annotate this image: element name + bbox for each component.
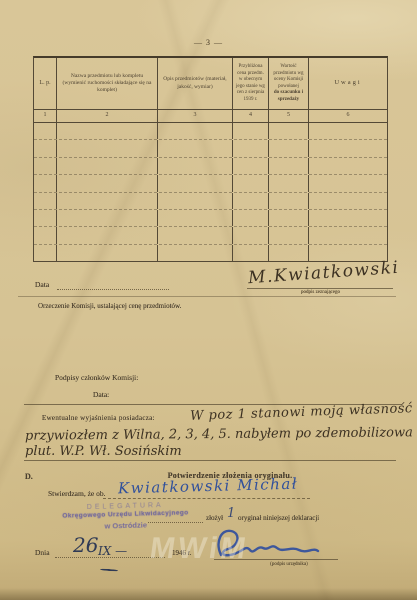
date-flourish-stroke	[100, 568, 118, 571]
col-header-commission-value-text: Wartość przedmiotu wg oceny Komisji powo…	[273, 64, 303, 89]
date-month-handwritten: IX —	[98, 544, 127, 558]
scanned-declaration-page: — 3 — L. p. Nazwa przedmiotu lub komplet…	[0, 0, 417, 600]
explanations-handwriting-line2: przywiozłem z Wilna, 2, 3, 4, 5. nabyłem…	[25, 425, 413, 443]
col-header-description: Opis przedmiotów (materiał, jakość, wymi…	[158, 58, 233, 109]
col-number: 5	[269, 110, 309, 122]
table-row	[34, 123, 387, 140]
table-row	[34, 193, 387, 210]
page-number: — 3 —	[0, 38, 417, 47]
col-header-commission-value-bold: do szacunku i sprzedaży	[271, 90, 306, 103]
col-number: 2	[57, 110, 158, 122]
table-row	[34, 227, 387, 244]
table-row	[34, 158, 387, 175]
commission-members-label: Podpisy członków Komisji:	[55, 373, 138, 382]
submitted-line-dots	[148, 514, 203, 523]
col-number: 6	[309, 110, 387, 122]
col-header-commission-value: Wartość przedmiotu wg oceny Komisji powo…	[269, 58, 309, 109]
col-header-lp: L. p.	[34, 58, 57, 109]
declarant-signature-caption: podpis zeznającego	[258, 290, 383, 295]
declarant-signature: M.Kwiatkowski	[247, 258, 400, 289]
submitted-word: złożył	[206, 514, 223, 522]
section-divider	[24, 460, 396, 461]
table-row	[34, 140, 387, 157]
official-signature-caption: (podpis urzędnika)	[244, 562, 334, 567]
table-row	[34, 210, 387, 227]
confirmation-section-letter: D.	[25, 472, 33, 481]
col-number: 4	[233, 110, 269, 122]
submitted-rest: oryginał niniejszej deklaracji	[238, 514, 319, 522]
table-row	[34, 245, 387, 261]
date-day-handwritten: 26	[73, 533, 98, 557]
explanations-label: Ewentualne wyjaśnienia posiadacza:	[42, 414, 155, 422]
table-header-row: L. p. Nazwa przedmiotu lub kompletu (wym…	[34, 58, 387, 110]
archive-watermark: MWiM	[148, 532, 251, 566]
table-body	[34, 123, 387, 261]
copies-handwritten: 1	[227, 506, 235, 521]
declarant-date-label: Data	[35, 280, 49, 289]
explanations-handwriting-line3: plut. W.P. Wł. Sosińskim	[25, 444, 182, 459]
col-header-remarks: Uwagi	[309, 58, 387, 109]
certify-label: Stwierdzam, że ob.	[48, 489, 105, 498]
declarant-signature-line	[247, 288, 393, 289]
table-row	[34, 175, 387, 192]
table-column-numbers-row: 1 2 3 4 5 6	[34, 110, 387, 123]
col-number: 1	[34, 110, 57, 122]
items-table: L. p. Nazwa przedmiotu lub kompletu (wym…	[33, 56, 388, 262]
col-header-name: Nazwa przedmiotu lub kompletu (wymienić …	[57, 58, 158, 109]
commission-heading: Orzeczenie Komisji, ustalającej cenę prz…	[38, 302, 181, 310]
section-divider	[18, 296, 396, 297]
col-number: 3	[158, 110, 233, 122]
declarant-date-line	[57, 281, 169, 290]
col-header-approx-price: Przybliżona cena przedm. w obecnym jego …	[233, 58, 269, 109]
date-label: Dnia	[35, 548, 50, 557]
commission-date-label: Data:	[93, 390, 109, 399]
